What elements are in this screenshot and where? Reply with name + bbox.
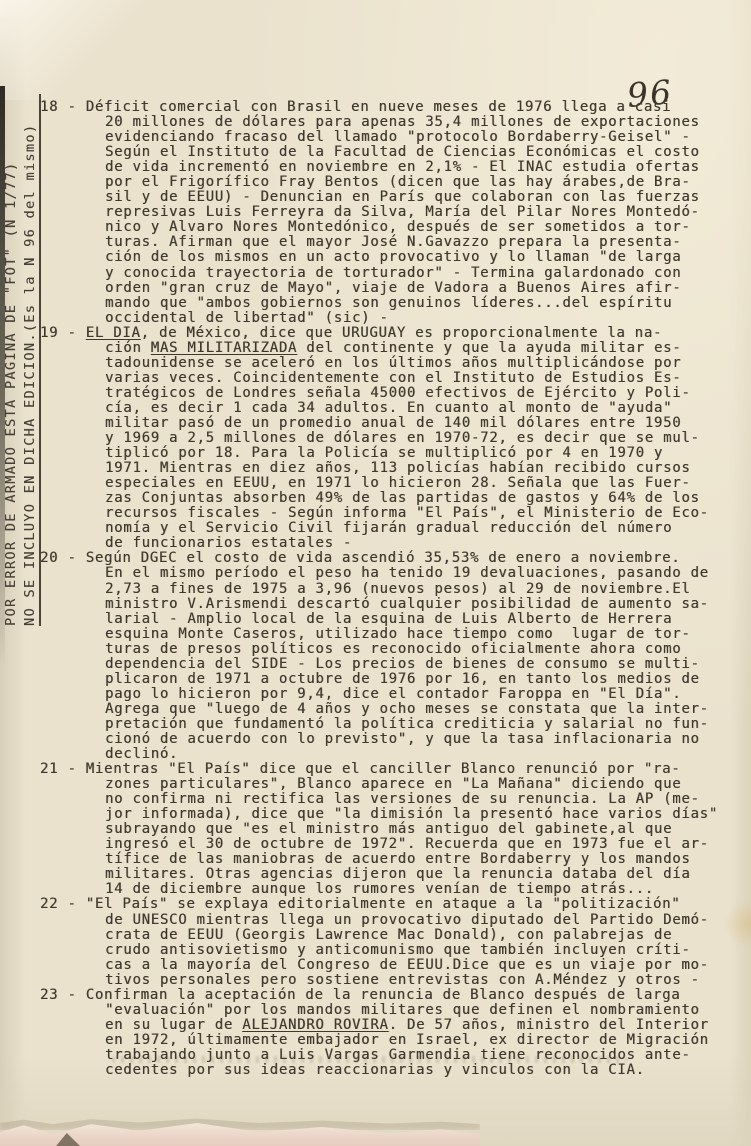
document-line: declinó.: [105, 747, 723, 762]
document-line: en 1972, últimamente embajador en Israel…: [105, 1033, 723, 1048]
document-line: represivas Luis Ferreyra da Silva, María…: [105, 205, 723, 220]
document-line: 20 millones de dólares para apenas 35,4 …: [105, 115, 723, 130]
document-line: ministro V.Arismendi descartó cualquier …: [105, 597, 723, 612]
document-line: pretación que fundamentó la política cre…: [105, 717, 723, 732]
document-line: mando que "ambos gobiernos son genuinos …: [105, 296, 723, 311]
document-line: esquina Monte Caseros, utilizado hace ti…: [105, 627, 723, 642]
document-line: sil y de EEUU) - Denuncian en París que …: [105, 190, 723, 205]
document-line: 14 de diciembre aunque los rumores venía…: [105, 882, 723, 897]
document-line: nico y Alvaro Nores Montedónico, después…: [105, 220, 723, 235]
document-line: pago lo hicieron por 9,4, dice el contad…: [105, 687, 723, 702]
document-line: subrayando que "es el ministro más antig…: [105, 822, 723, 837]
document-line: varias veces. Coincidentemente con el In…: [105, 371, 723, 386]
document-line: 1971. Mientras en diez años, 113 policía…: [105, 461, 723, 476]
document-line: Agrega que "luego de 4 años y ocho meses…: [105, 702, 723, 717]
document-line: En el mismo período el peso ha tenido 19…: [105, 566, 723, 581]
document-line: tiplicó por 18. Para la Policía se multi…: [105, 446, 723, 461]
document-line: 23 - Confirman la aceptación de la renun…: [40, 988, 723, 1003]
document-line: "evaluación" por los mandos militares qu…: [105, 1003, 723, 1018]
margin-note: POR ERROR DE ARMADO ESTA PAGINA DE "FOT"…: [3, 94, 41, 626]
document-line: 22 - "El País" se explaya editorialmente…: [40, 897, 723, 912]
margin-note-rotated-block: POR ERROR DE ARMADO ESTA PAGINA DE "FOT"…: [3, 94, 41, 626]
document-line: de funcionarios estatales -: [105, 536, 723, 551]
scanned-page: 96 POR ERROR DE ARMADO ESTA PAGINA DE "F…: [0, 0, 751, 1146]
document-line: 20 - Según DGEC el costo de vida ascendi…: [40, 551, 723, 566]
document-line: occidental de libertad" (sic) -: [105, 311, 723, 326]
document-body: 18 - Déficit comercial con Brasil en nue…: [105, 100, 723, 1078]
document-line: tadounidense se aceleró en los últimos a…: [105, 356, 723, 371]
document-line: larial - Amplio local de la esquina de L…: [105, 612, 723, 627]
document-line: de UNESCO mientras llega un provocativo …: [105, 913, 723, 928]
document-line: turas de presos políticos es reconocido …: [105, 642, 723, 657]
document-line: militares. Otras agencias dijeron que la…: [105, 867, 723, 882]
document-line: zones particulares", Blanco aparece en "…: [105, 777, 723, 792]
document-line: cedentes por sus ideas reaccionarias y v…: [105, 1063, 723, 1078]
document-line: 21 - Mientras "El País" dice que el canc…: [40, 762, 723, 777]
ink-smudge: [112, 1056, 627, 1063]
document-line: evidenciando fracaso del llamado "protoc…: [105, 130, 723, 145]
document-line: jor informada), dice que "la dimisión la…: [105, 807, 723, 822]
paper-stain: [723, 900, 751, 948]
document-line: tífice de las maniobras de acuerdo entre…: [105, 852, 723, 867]
document-line: 2,73 a fines de 1975 a 3,96 (nuevos peso…: [105, 582, 723, 597]
document-line: Según el Instituto de la Facultad de Cie…: [105, 145, 723, 160]
document-line: cas a la mayoría del Congreso de EEUU.Di…: [105, 958, 723, 973]
document-line: plicaron de 1971 a octubre de 1976 por 1…: [105, 672, 723, 687]
document-line: militar pasó de un promedio anual de 140…: [105, 416, 723, 431]
margin-note-line2: NO SE INCLUYO EN DICHA EDICION.(Es la N …: [22, 94, 41, 626]
document-line: y conocida trayectoria de torturador" - …: [105, 266, 723, 281]
document-line: por el Frigorífico Fray Bentos (dicen qu…: [105, 175, 723, 190]
document-line: ción MAS MILITARIZADA del continente y q…: [105, 341, 723, 356]
document-line: de vida incrementó en noviembre en 2,1% …: [105, 160, 723, 175]
document-line: tivos personales pero sostiene entrevist…: [105, 973, 723, 988]
document-line: cionó de acuerdo con lo previsto", y que…: [105, 732, 723, 747]
document-line: nomía y el Servicio Civil fijarán gradua…: [105, 521, 723, 536]
document-line: en su lugar de ALEJANDRO ROVIRA. De 57 a…: [105, 1018, 723, 1033]
document-line: dependencia del SIDE - Los precios de bi…: [105, 657, 723, 672]
document-line: crudo antisovietismo y anticomunismo que…: [105, 943, 723, 958]
document-line: cía, es decir 1 cada 34 adultos. En cuan…: [105, 401, 723, 416]
document-line: crata de EEUU (Georgis Lawrence Mac Dona…: [105, 928, 723, 943]
document-line: 18 - Déficit comercial con Brasil en nue…: [40, 100, 723, 115]
margin-note-line1: POR ERROR DE ARMADO ESTA PAGINA DE "FOT"…: [3, 94, 19, 626]
document-line: especiales en EEUU, en 1971 lo hicieron …: [105, 476, 723, 491]
document-line: y 1969 a 2,5 millones de dólares en 1970…: [105, 431, 723, 446]
document-line: ción de los mismos en un acto provocativ…: [105, 250, 723, 265]
document-line: zas Conjuntas absorben 49% de las partid…: [105, 491, 723, 506]
document-line: recursos fiscales - Según informa "El Pa…: [105, 506, 723, 521]
document-line: turas. Afirman que el mayor José N.Gavaz…: [105, 235, 723, 250]
document-line: 19 - EL DIA, de México, dice que URUGUAY…: [40, 326, 723, 341]
document-line: tratégicos de Londres señala 45000 efect…: [105, 386, 723, 401]
document-line: ingresó el 30 de octubre de 1972". Recue…: [105, 837, 723, 852]
paper-fold-highlight: [0, 0, 150, 100]
document-line: orden "gran cruz de Mayo", viaje de Vado…: [105, 281, 723, 296]
document-line: no confirma ni rectifica las versiones d…: [105, 792, 723, 807]
torn-edge-shadow: [0, 1116, 480, 1130]
